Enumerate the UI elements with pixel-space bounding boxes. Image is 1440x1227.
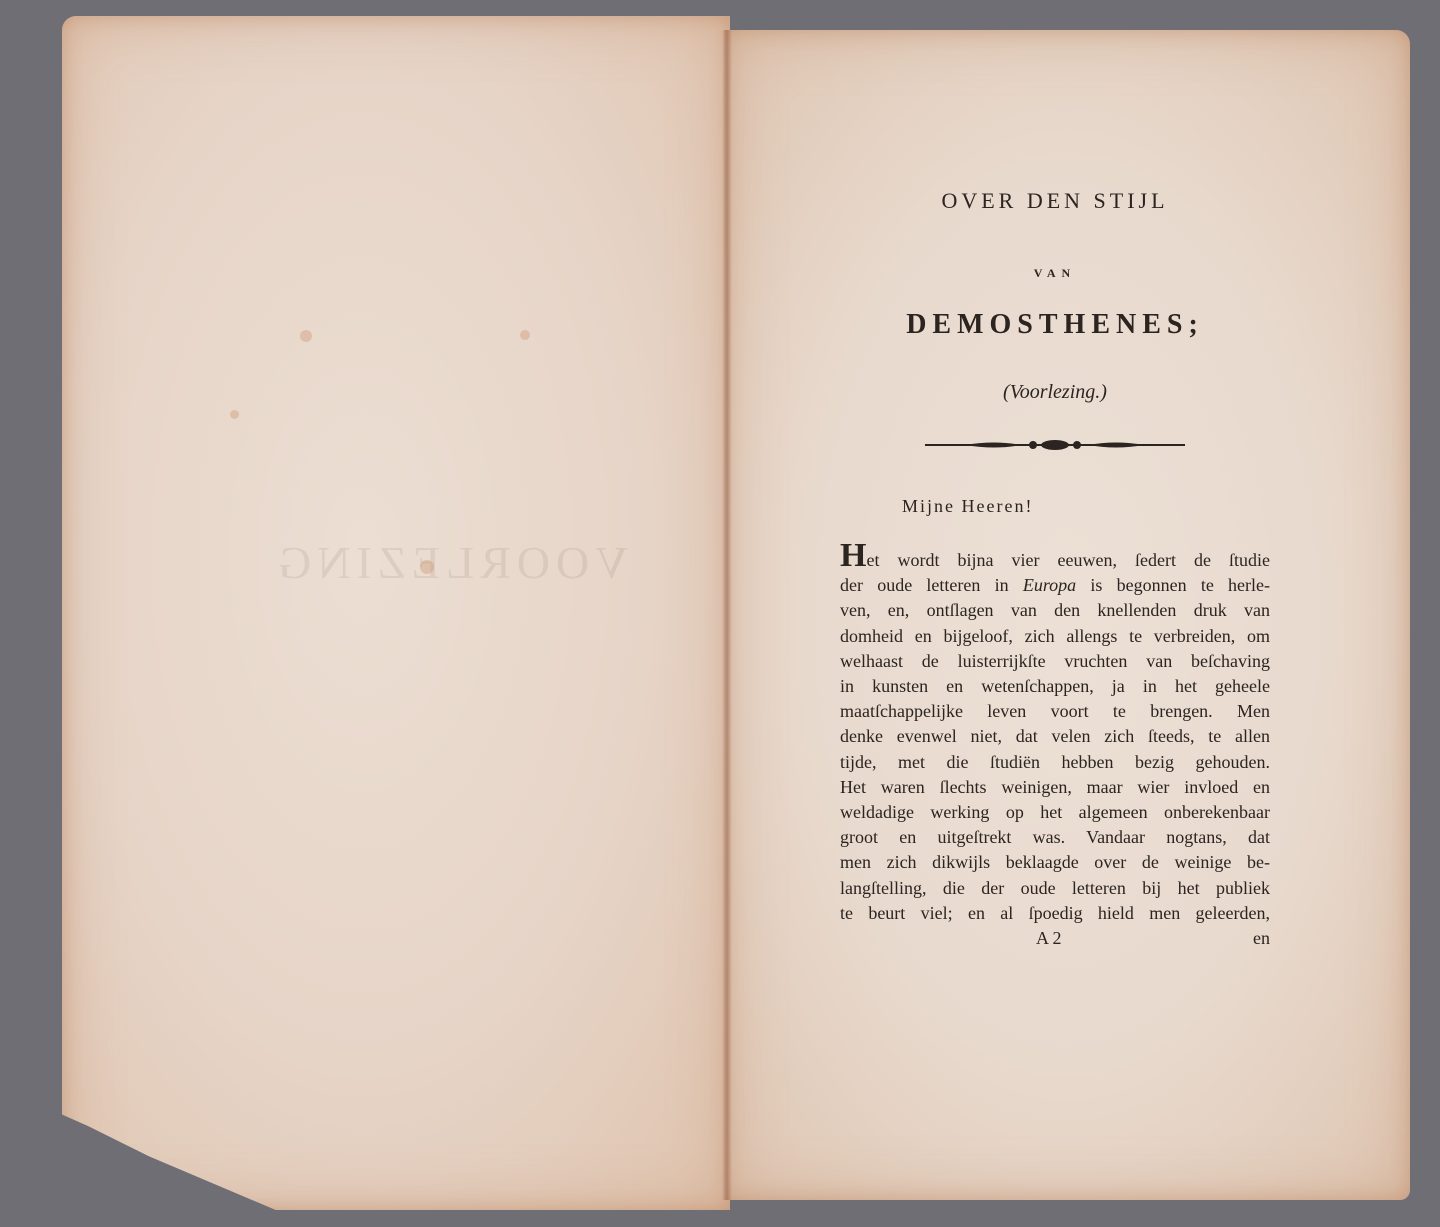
- catchword: en: [1253, 928, 1270, 949]
- body-line: der oude letteren in Europa is begonnen …: [840, 573, 1270, 598]
- title-line-1: OVER DEN STIJL: [840, 188, 1270, 214]
- ornament-rule-icon: [925, 438, 1185, 452]
- body-line: groot en uitgeſtrekt was. Vandaar nogtan…: [840, 825, 1270, 850]
- body-line: welhaast de luisterrijkſte vruchten van …: [840, 649, 1270, 674]
- body-line: in kunsten en wetenſchappen, ja in het g…: [840, 674, 1270, 699]
- body-line: denke evenwel niet, dat velen zich ſteed…: [840, 724, 1270, 749]
- book-gutter: [722, 30, 732, 1200]
- body-line: Het waren ſlechts weinigen, maar wier in…: [840, 775, 1270, 800]
- left-page: VOORLEZING: [62, 16, 730, 1210]
- body-paragraph: Het wordt bijna vier eeuwen, ſedert de ſ…: [840, 547, 1270, 926]
- page-text-block: OVER DEN STIJL VAN DEMOSTHENES; (Voorlez…: [840, 180, 1270, 954]
- salutation: Mijne Heeren!: [902, 496, 1270, 517]
- body-line: ven, en, ontſlagen van den knellenden dr…: [840, 598, 1270, 623]
- foxing-spot: [300, 330, 312, 342]
- subtitle: (Voorlezing.): [840, 381, 1270, 404]
- signature-mark: A 2: [1036, 928, 1062, 949]
- body-line: te beurt viel; en al ſpoedig hield men g…: [840, 901, 1270, 926]
- body-line: domheid en bijgeloof, zich allengs te ve…: [840, 624, 1270, 649]
- title-line-3: DEMOSTHENES;: [840, 309, 1270, 341]
- body-line: Het wordt bijna vier eeuwen, ſedert de ſ…: [840, 547, 1270, 573]
- body-line: weldadige werking op het algemeen onbere…: [840, 800, 1270, 825]
- body-line: langſtelling, die der oude letteren bij …: [840, 876, 1270, 901]
- italic-word: Europa: [1023, 575, 1076, 595]
- drop-cap: H: [840, 537, 866, 574]
- body-line: tijde, met die ſtudiën hebben bezig geho…: [840, 750, 1270, 775]
- page-footer: A 2 en: [840, 928, 1270, 954]
- body-line: maatſchappelijke leven voort te brengen.…: [840, 699, 1270, 724]
- title-line-2: VAN: [840, 266, 1270, 281]
- body-line: men zich dikwijls beklaagde over de wein…: [840, 850, 1270, 875]
- foxing-spot: [420, 560, 434, 574]
- foxing-spot: [520, 330, 530, 340]
- foxing-spot: [230, 410, 239, 419]
- bleed-through-text: VOORLEZING: [272, 536, 628, 589]
